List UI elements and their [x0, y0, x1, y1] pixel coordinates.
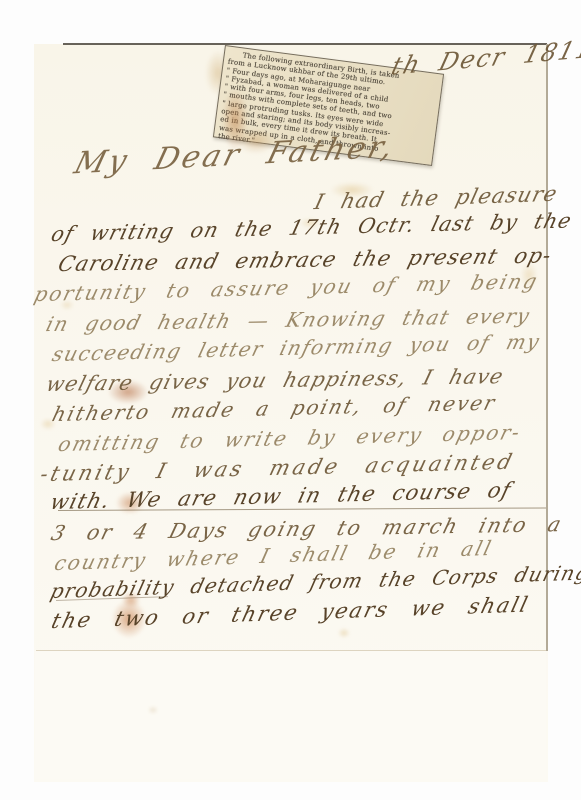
paper-right-edge: [546, 44, 548, 651]
paper-fold-line: [36, 650, 546, 651]
scanned-letter-photo: The following extraordinary Birth, is ta…: [0, 0, 581, 800]
lower-leaf: [35, 651, 546, 779]
